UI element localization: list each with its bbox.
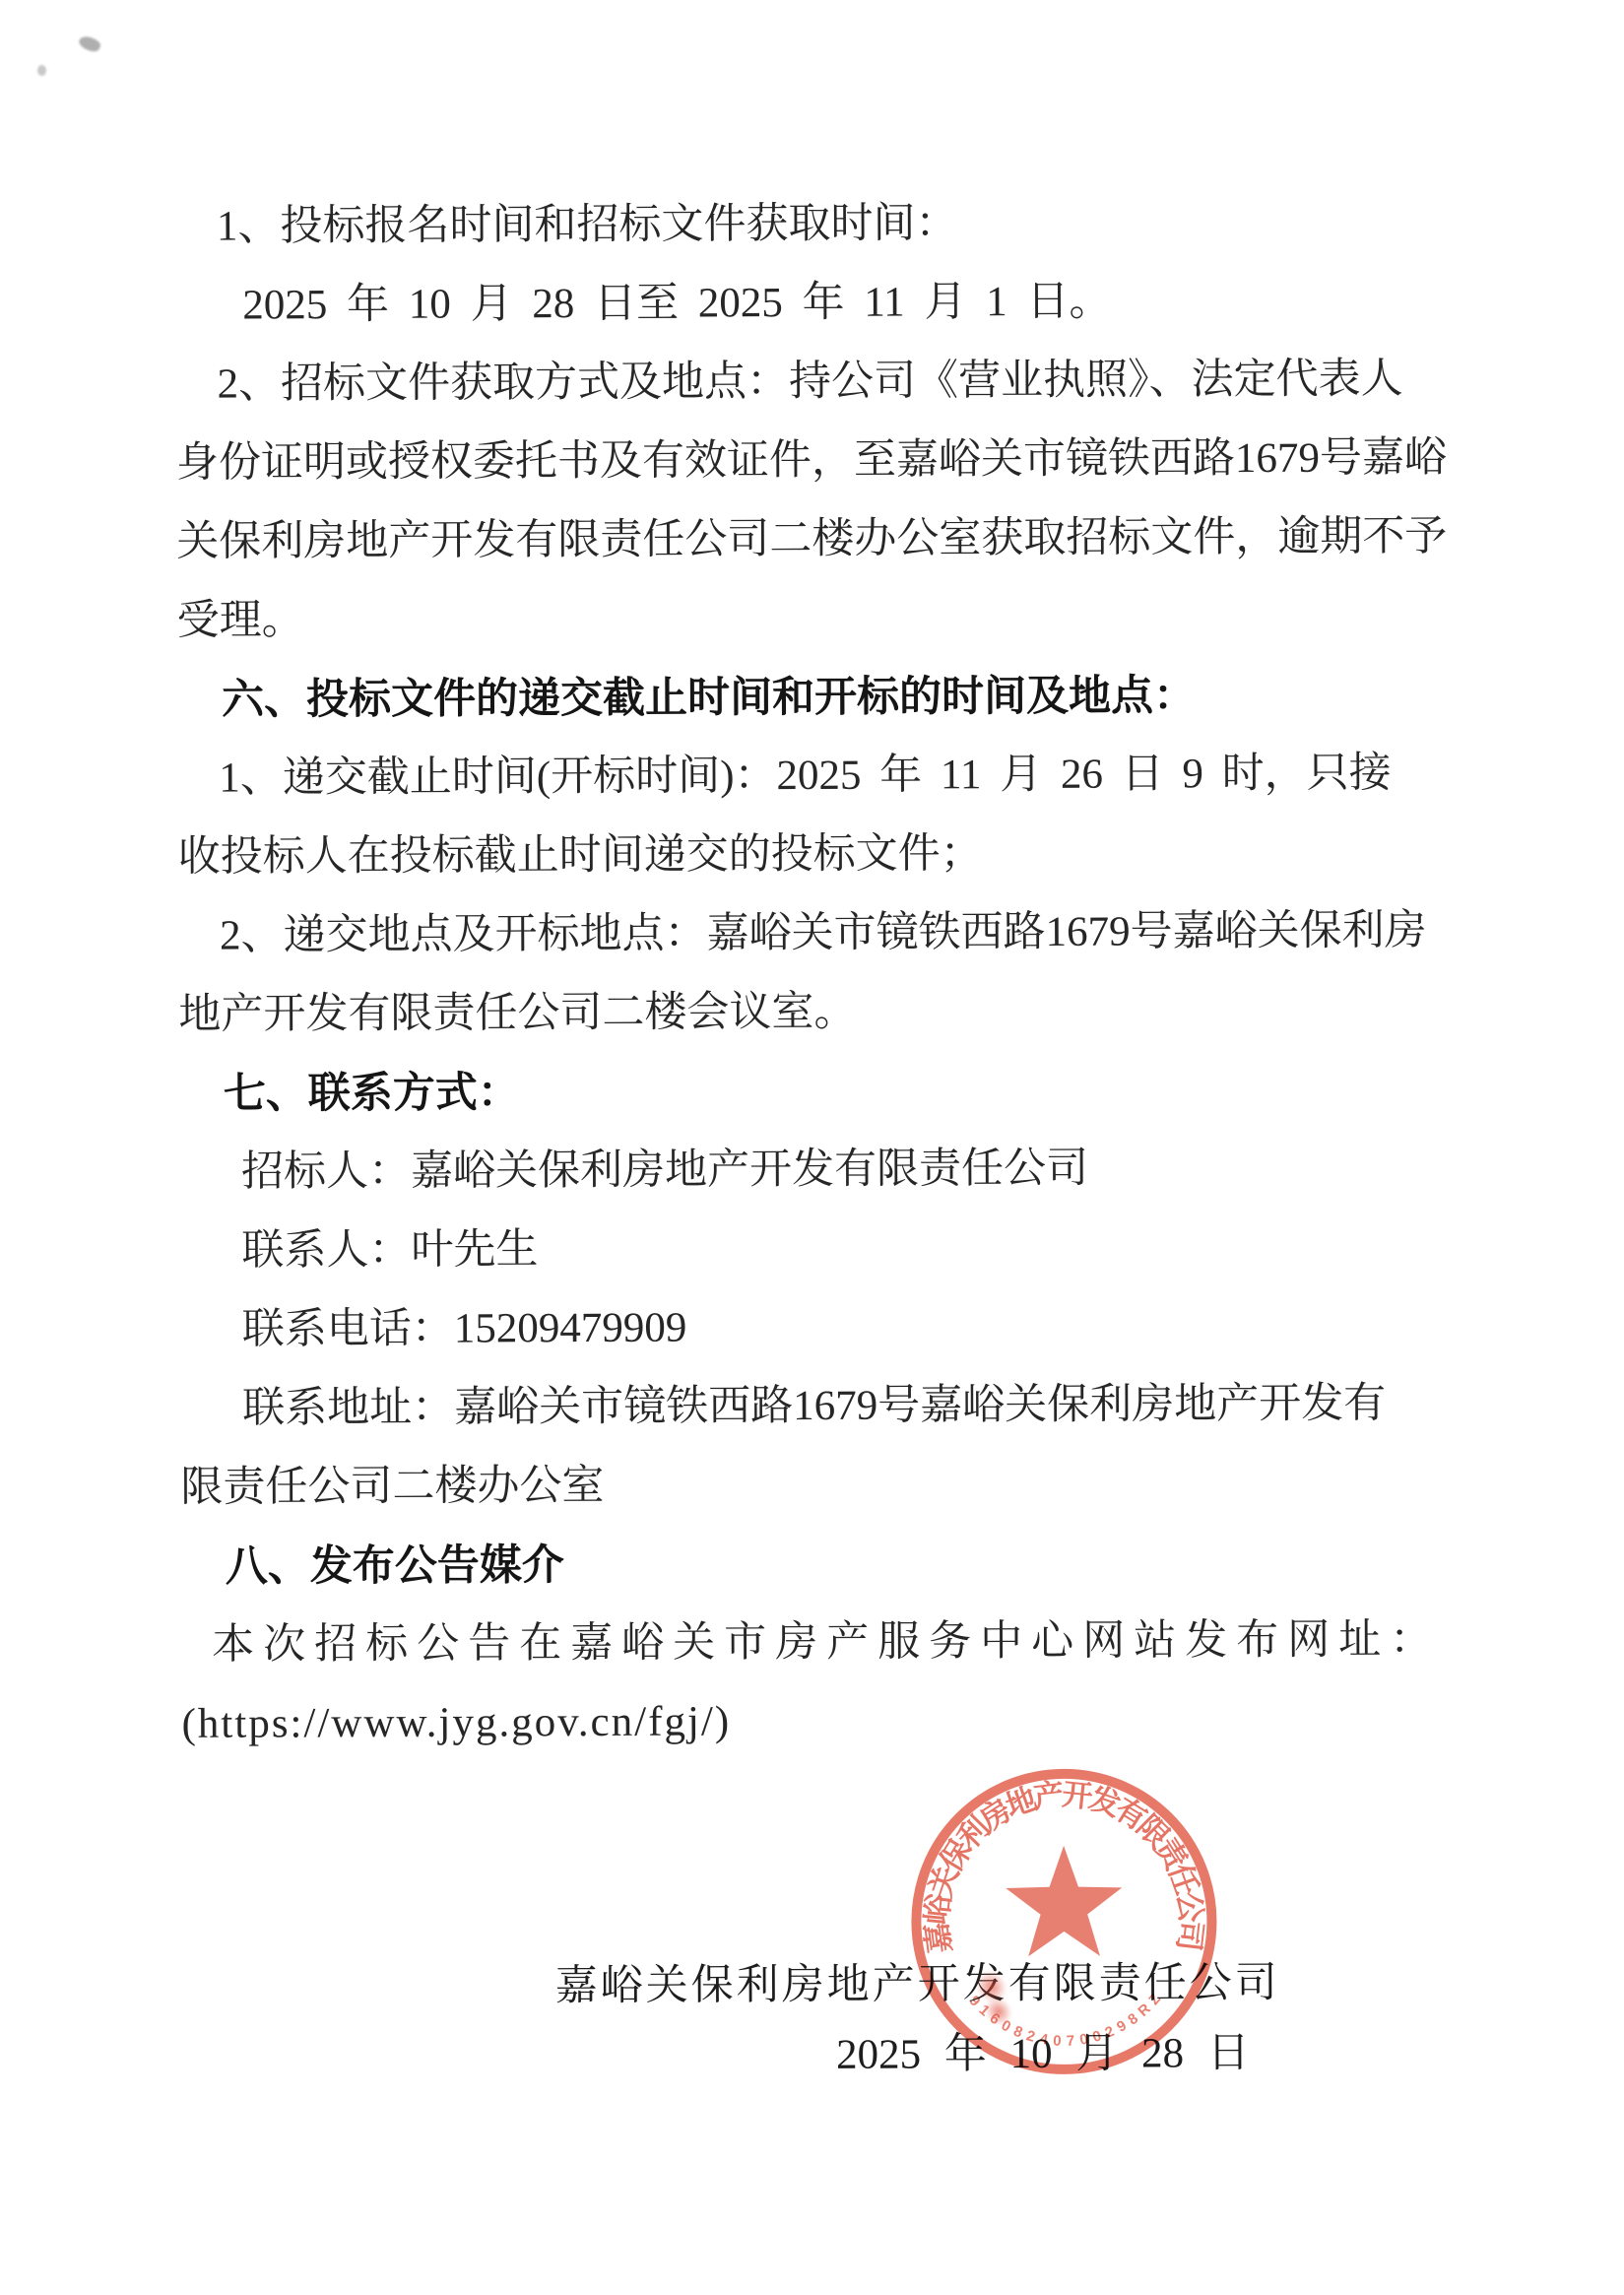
item-submission-location: 2、递交地点及开标地点：嘉峪关市镜铁西路1679号嘉峪关保利房 [178,891,1449,976]
section-heading-6: 六、投标文件的递交截止时间和开标的时间及地点： [177,655,1448,740]
contact-phone-line: 联系电话：15209479909 [180,1285,1451,1370]
doc-line: 地产开发有限责任公司二楼会议室。 [178,970,1449,1055]
scanned-document-page: 1、投标报名时间和招标文件获取时间： 2025 年 10 月 28 日至 202… [0,0,1624,2295]
contact-address-line: 联系地址：嘉峪关市镜铁西路1679号嘉峪关保利房地产开发有 [180,1364,1451,1449]
tenderer-line: 招标人：嘉峪关保利房地产开发有限责任公司 [179,1128,1450,1213]
item-submission-deadline: 1、递交截止时间(开标时间)：2025 年 11 月 26 日 9 时，只接 [177,734,1448,819]
doc-line: 关保利房地产开发有限责任公司二楼办公室获取招标文件，逾期不予 [176,497,1447,582]
announcement-media-line: 本次招标公告在嘉峪关市房产服务中心网站发布网址： [181,1601,1452,1685]
doc-line: 限责任公司二楼办公室 [180,1443,1451,1528]
contact-person-line: 联系人：叶先生 [179,1207,1450,1291]
item-bid-registration-time: 1、投标报名时间和招标文件获取时间： [175,182,1446,267]
announcement-url: (https://www.jyg.gov.cn/fgj/) [181,1679,1452,1764]
bid-registration-date-range: 2025 年 10 月 28 日至 2025 年 11 月 1 日。 [175,261,1446,346]
doc-line: 受理。 [176,576,1447,661]
section-heading-7: 七、联系方式： [179,1049,1450,1134]
document-content: 1、投标报名时间和招标文件获取时间： 2025 年 10 月 28 日至 202… [0,0,1624,2295]
official-seal: 嘉峪关保利房地产开发有限责任公司 91608240700298RZ [901,1758,1227,2084]
doc-line: 收投标人在投标截止时间递交的投标文件； [178,813,1449,897]
doc-line: 身份证明或授权委托书及有效证件，至嘉峪关市镜铁西路1679号嘉峪 [176,419,1447,503]
item-document-acquisition: 2、招标文件获取方式及地点：持公司《营业执照》、法定代表人 [175,340,1446,425]
section-heading-8: 八、发布公告媒介 [181,1522,1452,1606]
document-body: 1、投标报名时间和招标文件获取时间： 2025 年 10 月 28 日至 202… [175,182,1453,1764]
seal-star-icon [1006,1846,1122,1957]
